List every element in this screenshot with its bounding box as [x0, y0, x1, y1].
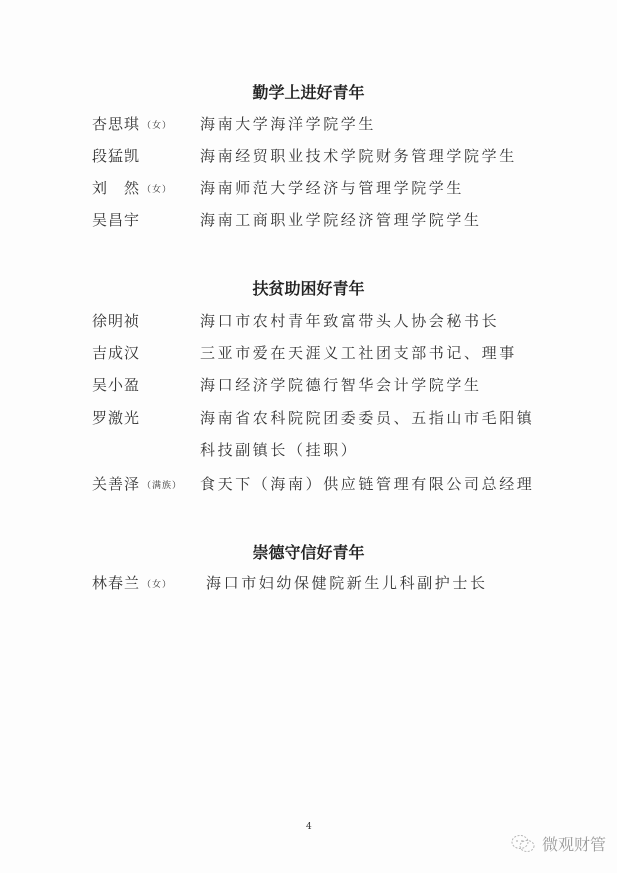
- section-title: 崇德守信好青年: [0, 540, 617, 563]
- person-name: 杏思琪（女）: [92, 114, 172, 137]
- person-name: 吴小盈: [92, 375, 142, 398]
- person-name: 吴昌宇: [92, 210, 142, 233]
- person-description: 海口经济学院德行智华会计学院学生: [200, 375, 482, 395]
- person-description: 海口市农村青年致富带头人协会秘书长: [200, 311, 499, 331]
- person-description: 三亚市爱在天涯义工社团支部书记、理事: [200, 343, 517, 363]
- section-title: 扶贫助困好青年: [0, 276, 617, 299]
- person-description: 海南师范大学经济与管理学院学生: [200, 178, 464, 198]
- person-name: 刘 然（女）: [92, 178, 172, 201]
- person-note: （女）: [142, 185, 172, 195]
- person-description: 海南省农科院院团委委员、五指山市毛阳镇: [200, 408, 534, 428]
- person-note: （满族）: [142, 481, 182, 491]
- person-name: 吉成汉: [92, 343, 142, 366]
- person-name: 关善泽（满族）: [92, 474, 182, 497]
- person-description: 海南经贸职业技术学院财务管理学院学生: [200, 146, 517, 166]
- wechat-icon: [510, 834, 536, 854]
- page-number: 4: [306, 822, 312, 832]
- person-description-continued: 科技副镇长（挂职）: [200, 440, 358, 460]
- section-title: 勤学上进好青年: [0, 80, 617, 103]
- person-description: 食天下（海南）供应链管理有限公司总经理: [200, 474, 534, 494]
- person-name: 罗激光: [92, 408, 142, 431]
- watermark: 微观财管: [510, 832, 606, 855]
- person-name: 徐明祯: [92, 311, 142, 334]
- person-name: 段猛凯: [92, 146, 142, 169]
- person-name: 林春兰（女）: [92, 573, 172, 596]
- person-note: （女）: [142, 580, 172, 590]
- person-description: 海南大学海洋学院学生: [200, 114, 376, 134]
- document-page: 勤学上进好青年 杏思琪（女） 海南大学海洋学院学生 段猛凯 海南经贸职业技术学院…: [0, 0, 617, 873]
- person-description: 海口市妇幼保健院新生儿科副护士长: [206, 573, 488, 593]
- person-note: （女）: [142, 121, 172, 131]
- watermark-text: 微观财管: [542, 832, 606, 855]
- person-description: 海南工商职业学院经济管理学院学生: [200, 210, 482, 230]
